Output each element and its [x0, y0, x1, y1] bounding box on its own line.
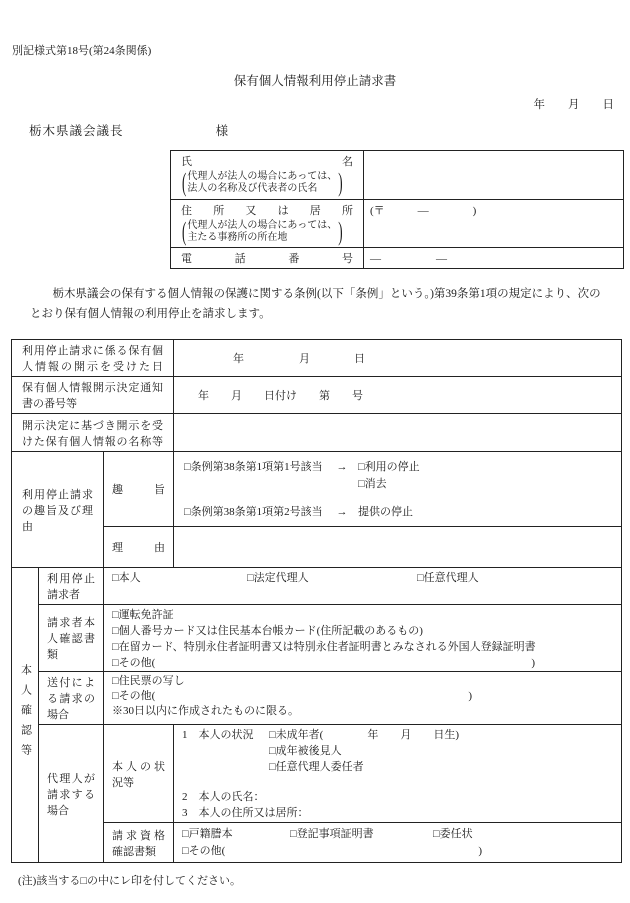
close-paren: )	[531, 655, 535, 671]
checkbox-voluntary-delegator: □任意代理人委任者	[269, 759, 459, 775]
label-qualification-docs: 請求資格確認書類	[104, 823, 174, 863]
form-number: 別記様式第18号(第24条関係)	[12, 42, 630, 58]
form-page: 別記様式第18号(第24条関係) 保有個人情報利用停止請求書 年 月 日 栃木県…	[0, 0, 630, 903]
name-value-cell	[364, 151, 624, 200]
intro-paragraph: 栃木県議会の保有する個人情報の保護に関する条例(以下「条例」という。)第39条第…	[30, 284, 614, 324]
row-notice-number: 保有個人情報開示決定通知書の番号等 年 月 日付け 第 号	[12, 377, 622, 414]
requester-options-cell: □本人□法定代理人□任意代理人	[104, 568, 622, 605]
principal-status-item1: 1 本人の状況	[182, 727, 269, 743]
mail-request-note: ※30日以内に作成されたものに限る。	[112, 704, 615, 719]
close-paren: )	[478, 843, 482, 860]
label-disclosure-date: 利用停止請求に係る保有個人情報の開示を受けた日	[12, 340, 174, 377]
date-line: 年 月 日	[0, 96, 630, 112]
checkbox-article38-1-2: □条例第38条第1項第2号該当	[184, 504, 326, 521]
open-paren: (	[181, 156, 187, 199]
addressee-line: 栃木県議会議長 様	[29, 121, 630, 139]
label-shushi: 趣旨	[104, 452, 174, 527]
row-id-documents: 請求者本人確認書類 □運転免許証 □個人番号カード又は住民基本台帳カード(住所記…	[12, 605, 622, 672]
checkbox-legal-agent: □法定代理人	[247, 570, 417, 586]
row-qualification-docs: 請求資格確認書類 □戸籍謄本□登記事項証明書□委任状 □その他()	[12, 823, 622, 863]
address-label-cell: 住所又は居所 ( 代理人が法人の場合にあっては、 主たる事務所の所在地 )	[171, 200, 364, 248]
checkbox-residence-card: □在留カード、特別永住者証明書又は特別永住者証明書とみなされる外国人登録証明書	[112, 639, 615, 655]
row-principal-status: 代理人が請求する場合 本人の状況等 1 本人の状況□未成年者( 年 月 日生)□…	[12, 725, 622, 823]
stop-provision-label: 提供の停止	[358, 506, 413, 518]
address-note: ( 代理人が法人の場合にあっては、 主たる事務所の所在地 )	[181, 219, 353, 245]
shushi-item2: □条例第38条第1項第2号該当→提供の停止	[184, 504, 621, 521]
arrow-icon: →	[326, 459, 358, 476]
value-notice-number: 年 月 日付け 第 号	[174, 377, 622, 414]
value-riyu	[174, 527, 622, 568]
checkbox-family-register: □戸籍謄本	[182, 826, 290, 843]
row-mail-request: 送付による請求の場合 □住民票の写し □その他() ※30日以内に作成されたもの…	[12, 672, 622, 725]
checkbox-minor: □未成年者( 年 月 日生)	[269, 727, 459, 743]
label-requester: 利用停止請求者	[39, 568, 104, 605]
checkbox-power-of-attorney: □委任状	[433, 826, 473, 843]
checkbox-stop-use: □利用の停止	[358, 459, 420, 476]
close-paren: )	[468, 689, 472, 704]
row-disclosure-date: 利用停止請求に係る保有個人情報の開示を受けた日 年 月 日	[12, 340, 622, 377]
value-disclosure-date: 年 月 日	[174, 340, 622, 377]
honorific-sama: 様	[216, 124, 230, 138]
request-table: 利用停止請求に係る保有個人情報の開示を受けた日 年 月 日 保有個人情報開示決定…	[11, 339, 622, 863]
shushi-content-cell: □条例第38条第1項第1号該当→□利用の停止□消去 □条例第38条第1項第2号該…	[174, 452, 622, 527]
qualification-docs-cell: □戸籍謄本□登記事項証明書□委任状 □その他()	[174, 823, 622, 863]
row-requester: 本人確認等 利用停止請求者 □本人□法定代理人□任意代理人	[12, 568, 622, 605]
name-note: ( 代理人が法人の場合にあっては、 法人の名称及び代表者の氏名 )	[181, 170, 353, 196]
checkbox-drivers-license: □運転免許証	[112, 607, 615, 623]
checkbox-registration-cert: □登記事項証明書	[290, 826, 433, 843]
row-info-name: 開示決定に基づき開示を受けた保有個人情報の名称等	[12, 414, 622, 452]
name-note-line1: 代理人が法人の場合にあっては、	[187, 171, 337, 184]
mail-request-cell: □住民票の写し □その他() ※30日以内に作成されたものに限る。	[104, 672, 622, 725]
principal-status-cell: 1 本人の状況□未成年者( 年 月 日生)□成年被後見人□任意代理人委任者 2 …	[174, 725, 622, 823]
row-purpose: 利用停止請求の趣旨及び理由 趣旨 □条例第38条第1項第1号該当→□利用の停止□…	[12, 452, 622, 527]
open-paren: (	[181, 205, 187, 247]
label-notice-number: 保有個人情報開示決定通知書の番号等	[12, 377, 174, 414]
label-riyu: 理由	[104, 527, 174, 568]
address-note-line2: 主たる事務所の所在地	[187, 232, 337, 245]
checkbox-article38-1-1: □条例第38条第1項第1号該当	[184, 459, 326, 476]
applicant-name-row: 氏名 ( 代理人が法人の場合にあっては、 法人の名称及び代表者の氏名 )	[171, 151, 624, 200]
footnote: (注)該当する□の中にレ印を付してください。	[18, 872, 630, 888]
checkbox-other: □その他()	[112, 689, 472, 704]
applicant-phone-row: 電話番号 ― ―	[171, 248, 624, 269]
address-value-cell: (〒 ― )	[364, 200, 624, 248]
principal-name-line: 2 本人の氏名：	[182, 789, 615, 805]
address-label: 住所又は居所	[181, 202, 353, 218]
checkbox-voluntary-agent: □任意代理人	[417, 570, 479, 586]
value-info-name	[174, 414, 622, 452]
name-label: 氏名	[181, 153, 353, 169]
label-purpose-reason: 利用停止請求の趣旨及び理由	[12, 452, 104, 568]
page-title: 保有個人情報利用停止請求書	[0, 71, 630, 89]
name-note-line2: 法人の名称及び代表者の氏名	[187, 183, 337, 196]
checkbox-other: □その他()	[112, 655, 535, 671]
phone-label: 電話番号	[171, 248, 364, 269]
phone-value-cell: ― ―	[364, 248, 624, 269]
applicant-table: 氏名 ( 代理人が法人の場合にあっては、 法人の名称及び代表者の氏名 ) 住所又…	[170, 150, 624, 269]
applicant-address-row: 住所又は居所 ( 代理人が法人の場合にあっては、 主たる事務所の所在地 ) (〒…	[171, 200, 624, 248]
label-principal-status: 本人の状況等	[104, 725, 174, 823]
checkbox-resident-record: □住民票の写し	[112, 674, 615, 689]
label-mail-request: 送付による請求の場合	[39, 672, 104, 725]
close-paren: )	[337, 156, 343, 199]
label-info-name: 開示決定に基づき開示を受けた保有個人情報の名称等	[12, 414, 174, 452]
identity-side-label: 本人確認等	[20, 664, 31, 764]
arrow-icon: →	[326, 504, 358, 521]
close-paren: )	[337, 205, 343, 247]
checkbox-erase: □消去	[358, 476, 420, 493]
addressee-name: 栃木県議会議長	[29, 124, 124, 138]
checkbox-adult-ward: □成年被後見人	[269, 743, 459, 759]
label-agent-request: 代理人が請求する場合	[39, 725, 104, 863]
label-id-documents: 請求者本人確認書類	[39, 605, 104, 672]
id-documents-cell: □運転免許証 □個人番号カード又は住民基本台帳カード(住所記載のあるもの) □在…	[104, 605, 622, 672]
principal-address-line: 3 本人の住所又は居所：	[182, 805, 615, 821]
identity-side-label-cell: 本人確認等	[12, 568, 39, 863]
address-note-line1: 代理人が法人の場合にあっては、	[187, 220, 337, 233]
checkbox-other: □その他()	[182, 843, 482, 860]
shushi-item1: □条例第38条第1項第1号該当→□利用の停止□消去	[184, 459, 621, 493]
row-reason: 理由	[12, 527, 622, 568]
name-label-cell: 氏名 ( 代理人が法人の場合にあっては、 法人の名称及び代表者の氏名 )	[171, 151, 364, 200]
checkbox-mynumber-card: □個人番号カード又は住民基本台帳カード(住所記載のあるもの)	[112, 623, 615, 639]
checkbox-honnin: □本人	[112, 570, 247, 586]
